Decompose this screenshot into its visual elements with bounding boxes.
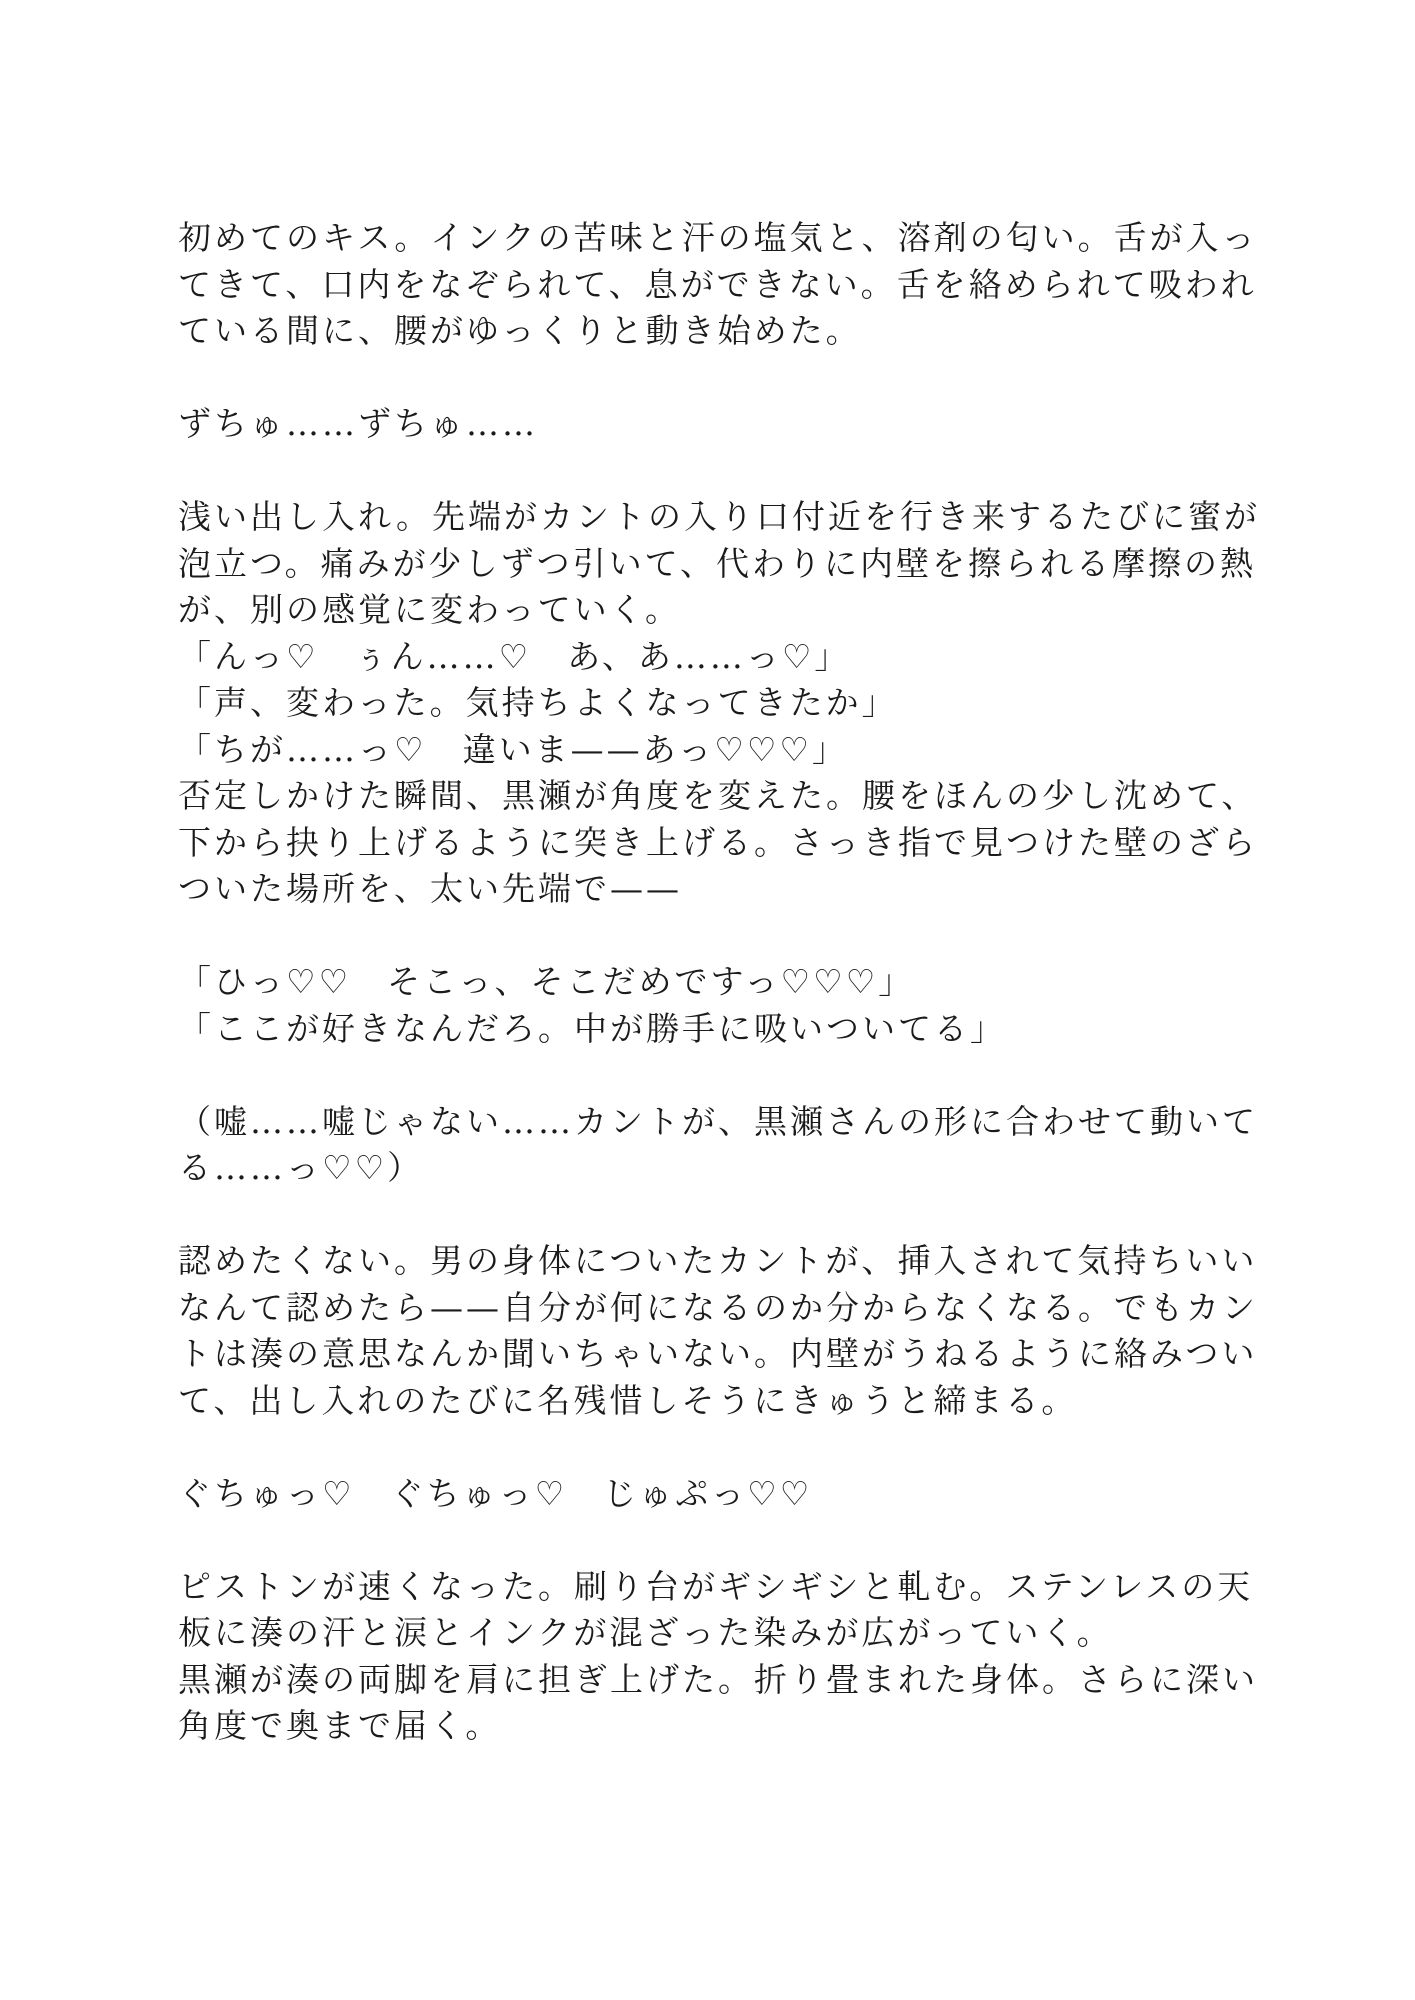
text-line: 初めてのキス。インクの苦味と汗の塩気と、溶剤の匂い。舌が入っ: [178, 215, 1293, 262]
text-line: 下から抉り上げるように突き上げる。さっき指で見つけた壁のざら: [178, 820, 1293, 867]
paragraph: ずちゅ……ずちゅ……: [178, 401, 1293, 448]
paragraph-gap: [178, 1192, 1293, 1239]
paragraph: 初めてのキス。インクの苦味と汗の塩気と、溶剤の匂い。舌が入ってきて、口内をなぞら…: [178, 215, 1293, 355]
text-line: ピストンが速くなった。刷り台がギシギシと軋む。ステンレスの天: [178, 1564, 1293, 1611]
text-line: 「ひっ♡♡ そこっ、そこだめですっ♡♡♡」: [178, 959, 1293, 1006]
text-line: なんて認めたら——自分が何になるのか分からなくなる。でもカン: [178, 1285, 1293, 1332]
text-line: 「ちが……っ♡ 違いま——あっ♡♡♡」: [178, 727, 1293, 774]
paragraph-gap: [178, 913, 1293, 960]
paragraph-gap: [178, 1517, 1293, 1564]
text-line: 泡立つ。痛みが少しずつ引いて、代わりに内壁を擦られる摩擦の熱: [178, 541, 1293, 588]
text-line: ぐちゅっ♡ ぐちゅっ♡ じゅぷっ♡♡: [178, 1471, 1293, 1518]
text-line: ついた場所を、太い先端で——: [178, 866, 1293, 913]
text-line: 「声、変わった。気持ちよくなってきたか」: [178, 680, 1293, 727]
text-line: 板に湊の汗と涙とインクが混ざった染みが広がっていく。: [178, 1610, 1293, 1657]
text-line: 角度で奥まで届く。: [178, 1703, 1293, 1750]
text-line: て、出し入れのたびに名残惜しそうにきゅうと締まる。: [178, 1378, 1293, 1425]
paragraph-gap: [178, 1052, 1293, 1099]
text-line: 「ここが好きなんだろ。中が勝手に吸いついてる」: [178, 1006, 1293, 1053]
text-line: てきて、口内をなぞられて、息ができない。舌を絡められて吸われ: [178, 262, 1293, 309]
text-content: 初めてのキス。インクの苦味と汗の塩気と、溶剤の匂い。舌が入ってきて、口内をなぞら…: [178, 215, 1293, 1750]
paragraph: 浅い出し入れ。先端がカントの入り口付近を行き来するたびに蜜が泡立つ。痛みが少しず…: [178, 494, 1293, 913]
paragraph: ピストンが速くなった。刷り台がギシギシと軋む。ステンレスの天板に湊の汗と涙とイン…: [178, 1564, 1293, 1750]
text-line: （嘘……嘘じゃない……カントが、黒瀬さんの形に合わせて動いて: [178, 1099, 1293, 1146]
text-line: 「んっ♡ ぅん……♡ あ、あ……っ♡」: [178, 634, 1293, 681]
text-line: 黒瀬が湊の両脚を肩に担ぎ上げた。折り畳まれた身体。さらに深い: [178, 1657, 1293, 1704]
text-line: 否定しかけた瞬間、黒瀬が角度を変えた。腰をほんの少し沈めて、: [178, 773, 1293, 820]
text-line: 認めたくない。男の身体についたカントが、挿入されて気持ちいい: [178, 1238, 1293, 1285]
text-line: る……っ♡♡）: [178, 1145, 1293, 1192]
text-line: が、別の感覚に変わっていく。: [178, 587, 1293, 634]
paragraph-gap: [178, 1424, 1293, 1471]
text-line: ている間に、腰がゆっくりと動き始めた。: [178, 308, 1293, 355]
paragraph: ぐちゅっ♡ ぐちゅっ♡ じゅぷっ♡♡: [178, 1471, 1293, 1518]
text-line: トは湊の意思なんか聞いちゃいない。内壁がうねるように絡みつい: [178, 1331, 1293, 1378]
text-line: ずちゅ……ずちゅ……: [178, 401, 1293, 448]
paragraph-gap: [178, 448, 1293, 495]
text-line: 浅い出し入れ。先端がカントの入り口付近を行き来するたびに蜜が: [178, 494, 1293, 541]
paragraph: （嘘……嘘じゃない……カントが、黒瀬さんの形に合わせて動いてる……っ♡♡）: [178, 1099, 1293, 1192]
paragraph: 「ひっ♡♡ そこっ、そこだめですっ♡♡♡」「ここが好きなんだろ。中が勝手に吸いつ…: [178, 959, 1293, 1052]
paragraph-gap: [178, 355, 1293, 402]
document-page: 初めてのキス。インクの苦味と汗の塩気と、溶剤の匂い。舌が入ってきて、口内をなぞら…: [0, 0, 1415, 2000]
paragraph: 認めたくない。男の身体についたカントが、挿入されて気持ちいいなんて認めたら——自…: [178, 1238, 1293, 1424]
